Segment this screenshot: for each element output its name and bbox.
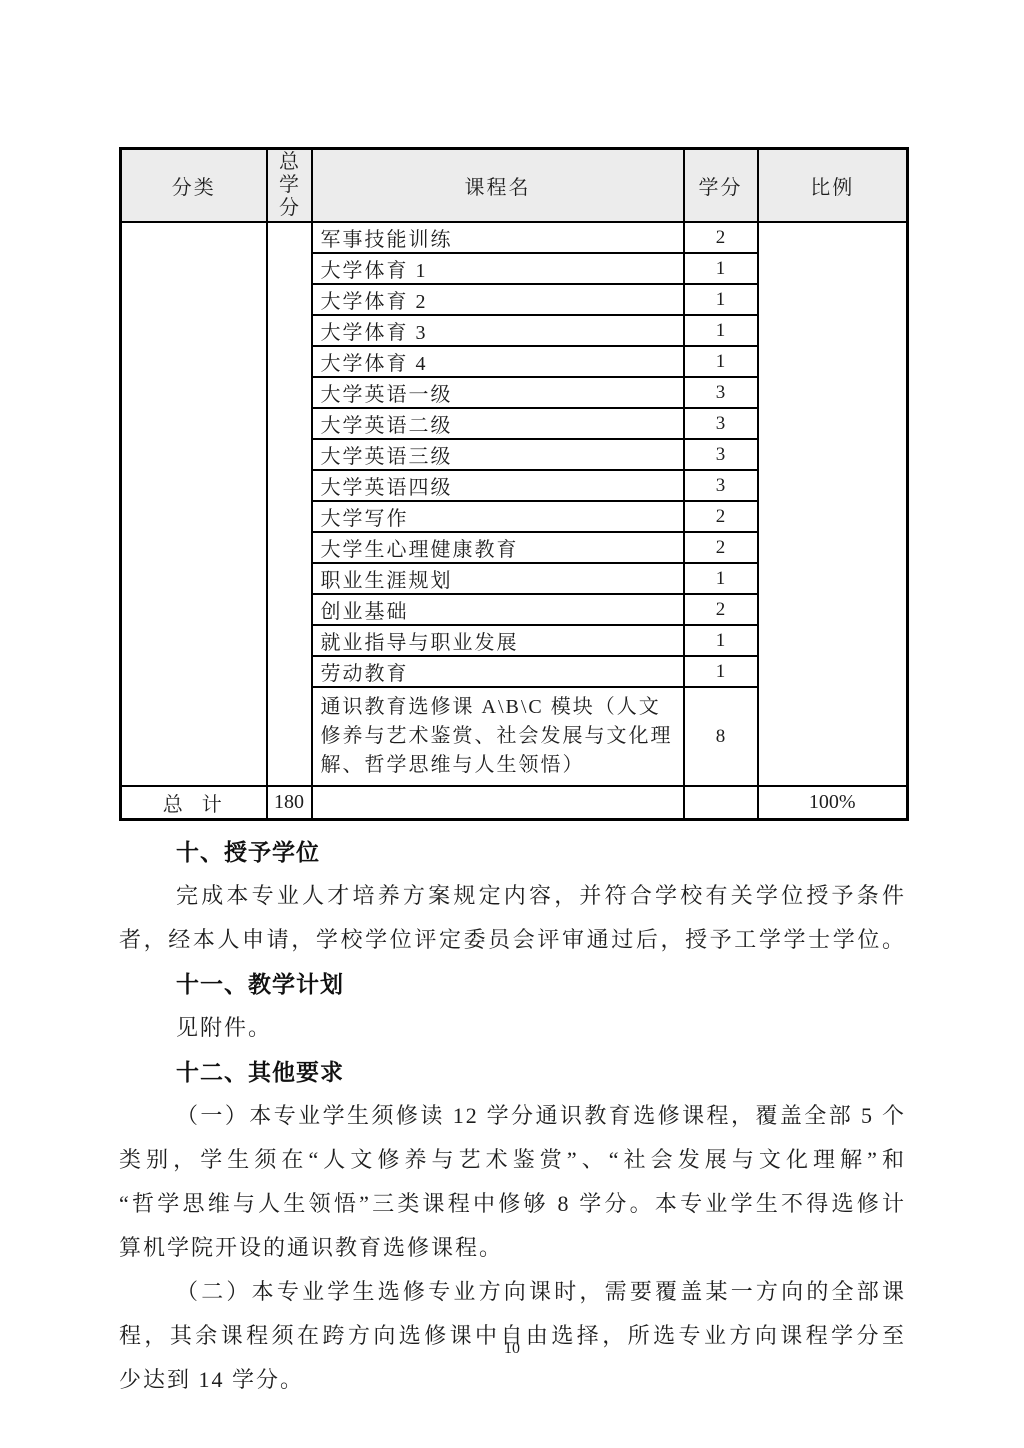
header-ratio-label: 比例 [810, 177, 854, 199]
course-name-cell: 军事技能训练 [312, 222, 684, 253]
page-number: 10 [0, 1340, 1024, 1358]
table-header-row: 分类 总学分 课程名 学分 比例 [121, 149, 908, 223]
credits-cell: 2 [684, 532, 758, 563]
course-name-cell: 大学体育 2 [312, 284, 684, 315]
paragraph-line-text: （二）本专业学生选修专业方向课时，需要覆盖某一方向的全部课 [176, 1279, 906, 1304]
header-ratio: 比例 [758, 149, 908, 223]
course-name-cell: 大学生心理健康教育 [312, 532, 684, 563]
header-course-name-label: 课程名 [465, 177, 531, 199]
credits-cell: 1 [684, 346, 758, 377]
section: 十、授予学位完成本专业人才培养方案规定内容，并符合学校有关学位授予条件者，经本人… [119, 830, 906, 962]
course-row: 军事技能训练2 [121, 222, 908, 253]
paragraph-line: 算机学院开设的通识教育选修课程。 [119, 1226, 906, 1270]
credits-cell: 3 [684, 439, 758, 470]
credits-cell: 3 [684, 377, 758, 408]
section-heading: 十一、教学计划 [119, 962, 906, 1006]
paragraph-line: 完成本专业人才培养方案规定内容，并符合学校有关学位授予条件 [119, 874, 906, 918]
totals-ratio: 100% [758, 786, 908, 820]
paragraph-line-text: 者，经本人申请，学校学位评定委员会评审通过后，授予工学学士学位。 [119, 927, 906, 952]
paragraph-line-text: 少达到 14 学分。 [119, 1367, 304, 1392]
credits-cell: 8 [684, 687, 758, 786]
header-course-name: 课程名 [312, 149, 684, 223]
totals-credits-empty-cell [684, 786, 758, 820]
course-name-cell: 创业基础 [312, 594, 684, 625]
totals-row: 总 计 180 100% [121, 786, 908, 820]
paragraph-line: 者，经本人申请，学校学位评定委员会评审通过后，授予工学学士学位。 [119, 918, 906, 962]
course-name-cell: 就业指导与职业发展 [312, 625, 684, 656]
credits-cell: 1 [684, 625, 758, 656]
header-total-credits: 总学分 [267, 149, 312, 223]
paragraph-line-text: 见附件。 [176, 1015, 272, 1040]
section-heading: 十、授予学位 [119, 830, 906, 874]
course-name-cell: 大学英语一级 [312, 377, 684, 408]
totals-label: 总 计 [121, 786, 267, 820]
section: 十一、教学计划见附件。 [119, 962, 906, 1050]
paragraph-line: 类别，学生须在“人文修养与艺术鉴赏”、“社会发展与文化理解”和 [119, 1138, 906, 1182]
header-category: 分类 [121, 149, 267, 223]
paragraph-line-text: “哲学思维与人生领悟”三类课程中修够 8 学分。本专业学生不得选修计 [119, 1191, 906, 1216]
paragraph-line: “哲学思维与人生领悟”三类课程中修够 8 学分。本专业学生不得选修计 [119, 1182, 906, 1226]
course-name-cell: 大学英语三级 [312, 439, 684, 470]
course-name-cell: 大学英语四级 [312, 470, 684, 501]
credits-cell: 2 [684, 501, 758, 532]
paragraph-line: 少达到 14 学分。 [119, 1358, 906, 1402]
header-credits: 学分 [684, 149, 758, 223]
credits-cell: 3 [684, 470, 758, 501]
document-page: 分类 总学分 课程名 学分 比例 军事技能训练2大学体育 11大学体育 21大学… [0, 0, 1024, 1448]
credits-cell: 1 [684, 253, 758, 284]
course-name-cell: 通识教育选修课 A\B\C 模块（人文修养与艺术鉴赏、社会发展与文化理解、哲学思… [312, 687, 684, 786]
totals-course-empty-cell [312, 786, 684, 820]
totals-total-credits: 180 [267, 786, 312, 820]
credits-cell: 1 [684, 656, 758, 687]
paragraph-line: （二）本专业学生选修专业方向课时，需要覆盖某一方向的全部课 [119, 1270, 906, 1314]
course-name-cell: 大学英语二级 [312, 408, 684, 439]
course-credit-table: 分类 总学分 课程名 学分 比例 军事技能训练2大学体育 11大学体育 21大学… [119, 147, 909, 821]
course-name-cell: 大学体育 3 [312, 315, 684, 346]
credits-cell: 3 [684, 408, 758, 439]
course-name-cell: 职业生涯规划 [312, 563, 684, 594]
paragraph-line: 见附件。 [119, 1006, 906, 1050]
total-credits-body-cell [267, 222, 312, 786]
category-body-cell [121, 222, 267, 786]
table-body: 军事技能训练2大学体育 11大学体育 21大学体育 31大学体育 41大学英语一… [121, 222, 908, 786]
table-totals: 总 计 180 100% [121, 786, 908, 820]
credits-cell: 2 [684, 222, 758, 253]
text-sections: 十、授予学位完成本专业人才培养方案规定内容，并符合学校有关学位授予条件者，经本人… [119, 830, 906, 1402]
paragraph-line-text: （一）本专业学生须修读 12 学分通识教育选修课程，覆盖全部 5 个 [176, 1103, 906, 1128]
section-heading: 十二、其他要求 [119, 1050, 906, 1094]
course-name-cell: 大学体育 4 [312, 346, 684, 377]
credits-cell: 1 [684, 315, 758, 346]
credits-cell: 2 [684, 594, 758, 625]
paragraph-line-text: 完成本专业人才培养方案规定内容，并符合学校有关学位授予条件 [176, 883, 906, 908]
course-name-cell: 大学体育 1 [312, 253, 684, 284]
header-credits-label: 学分 [699, 177, 743, 199]
credits-cell: 1 [684, 284, 758, 315]
paragraph-line: （一）本专业学生须修读 12 学分通识教育选修课程，覆盖全部 5 个 [119, 1094, 906, 1138]
paragraph-line-text: 类别，学生须在“人文修养与艺术鉴赏”、“社会发展与文化理解”和 [119, 1147, 906, 1172]
credits-cell: 1 [684, 563, 758, 594]
paragraph-line-text: 算机学院开设的通识教育选修课程。 [119, 1235, 503, 1260]
course-name-cell: 大学写作 [312, 501, 684, 532]
header-total-credits-label: 总学分 [278, 151, 301, 220]
header-category-label: 分类 [172, 177, 216, 199]
table-header: 分类 总学分 课程名 学分 比例 [121, 149, 908, 223]
ratio-body-cell [758, 222, 908, 786]
course-name-cell: 劳动教育 [312, 656, 684, 687]
